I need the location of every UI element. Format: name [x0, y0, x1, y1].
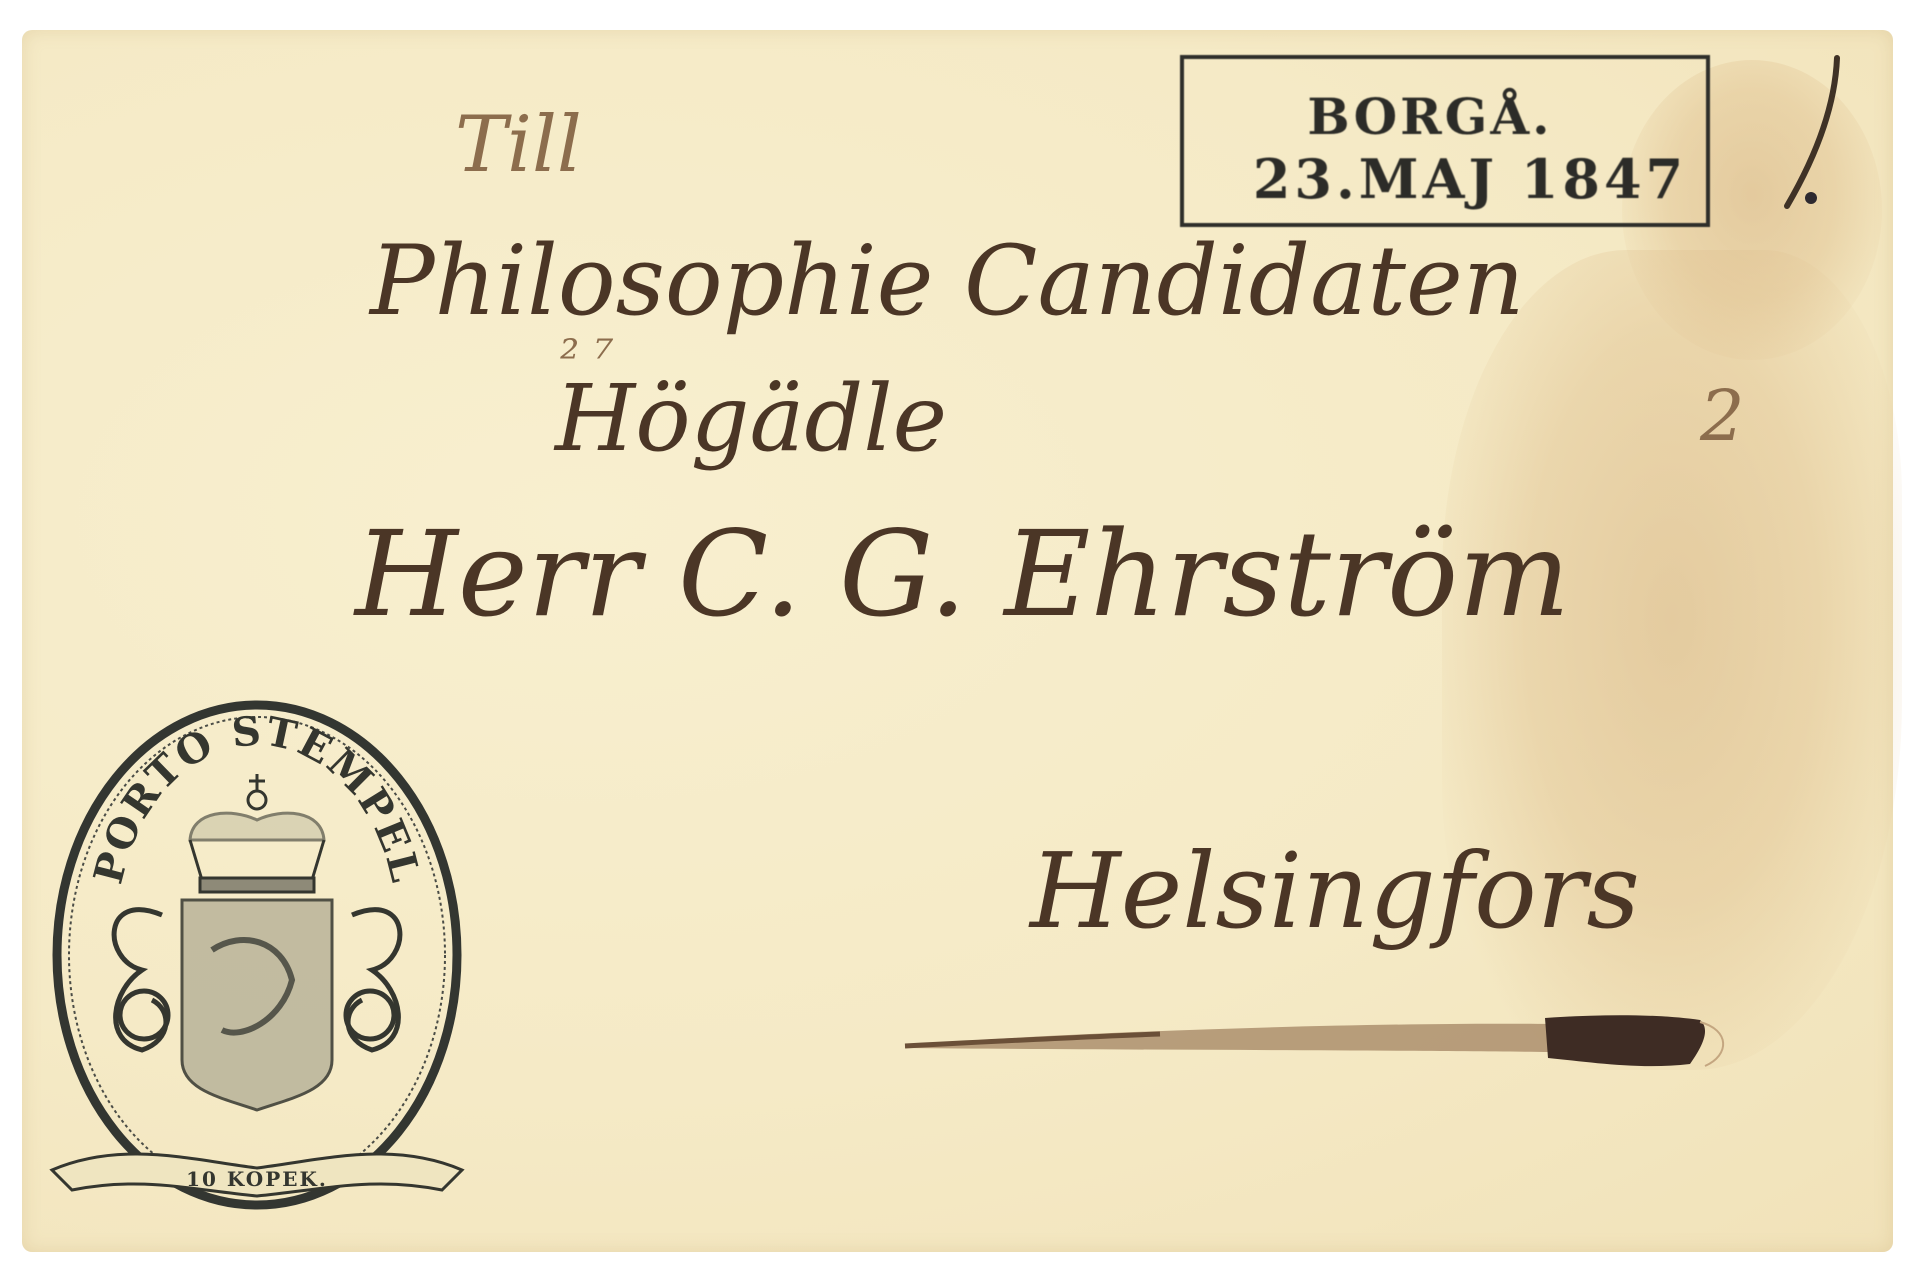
ink-underline-flourish — [900, 1000, 1800, 1080]
porto-stempel-seal: PORTO STEMPEL 10 KOPEK. — [42, 690, 472, 1220]
address-salutation: Till — [455, 100, 582, 190]
postmark-date: 23.MAJ 1847 — [1244, 147, 1696, 211]
address-line-honorific: Högädle — [555, 365, 947, 472]
postmark-town: BORGÅ. — [1184, 87, 1676, 146]
address-line-name: Herr C. G. Ehrström — [355, 505, 1570, 643]
coat-of-arms-shield-icon — [182, 900, 332, 1110]
postmark-box: BORGÅ. 23.MAJ 1847 — [1180, 55, 1710, 227]
rate-mark-stroke-icon — [1775, 48, 1865, 218]
address-superscript: 2 — [1700, 375, 1745, 457]
seal-top-text: PORTO STEMPEL — [85, 707, 430, 888]
address-line-city: Helsingfors — [1030, 830, 1640, 952]
address-line-title: Philosophie Candidaten — [370, 225, 1525, 337]
svg-text:PORTO STEMPEL: PORTO STEMPEL — [85, 707, 430, 888]
seal-ribbon-text: 10 KOPEK. — [186, 1167, 328, 1191]
crown-icon — [190, 774, 324, 892]
